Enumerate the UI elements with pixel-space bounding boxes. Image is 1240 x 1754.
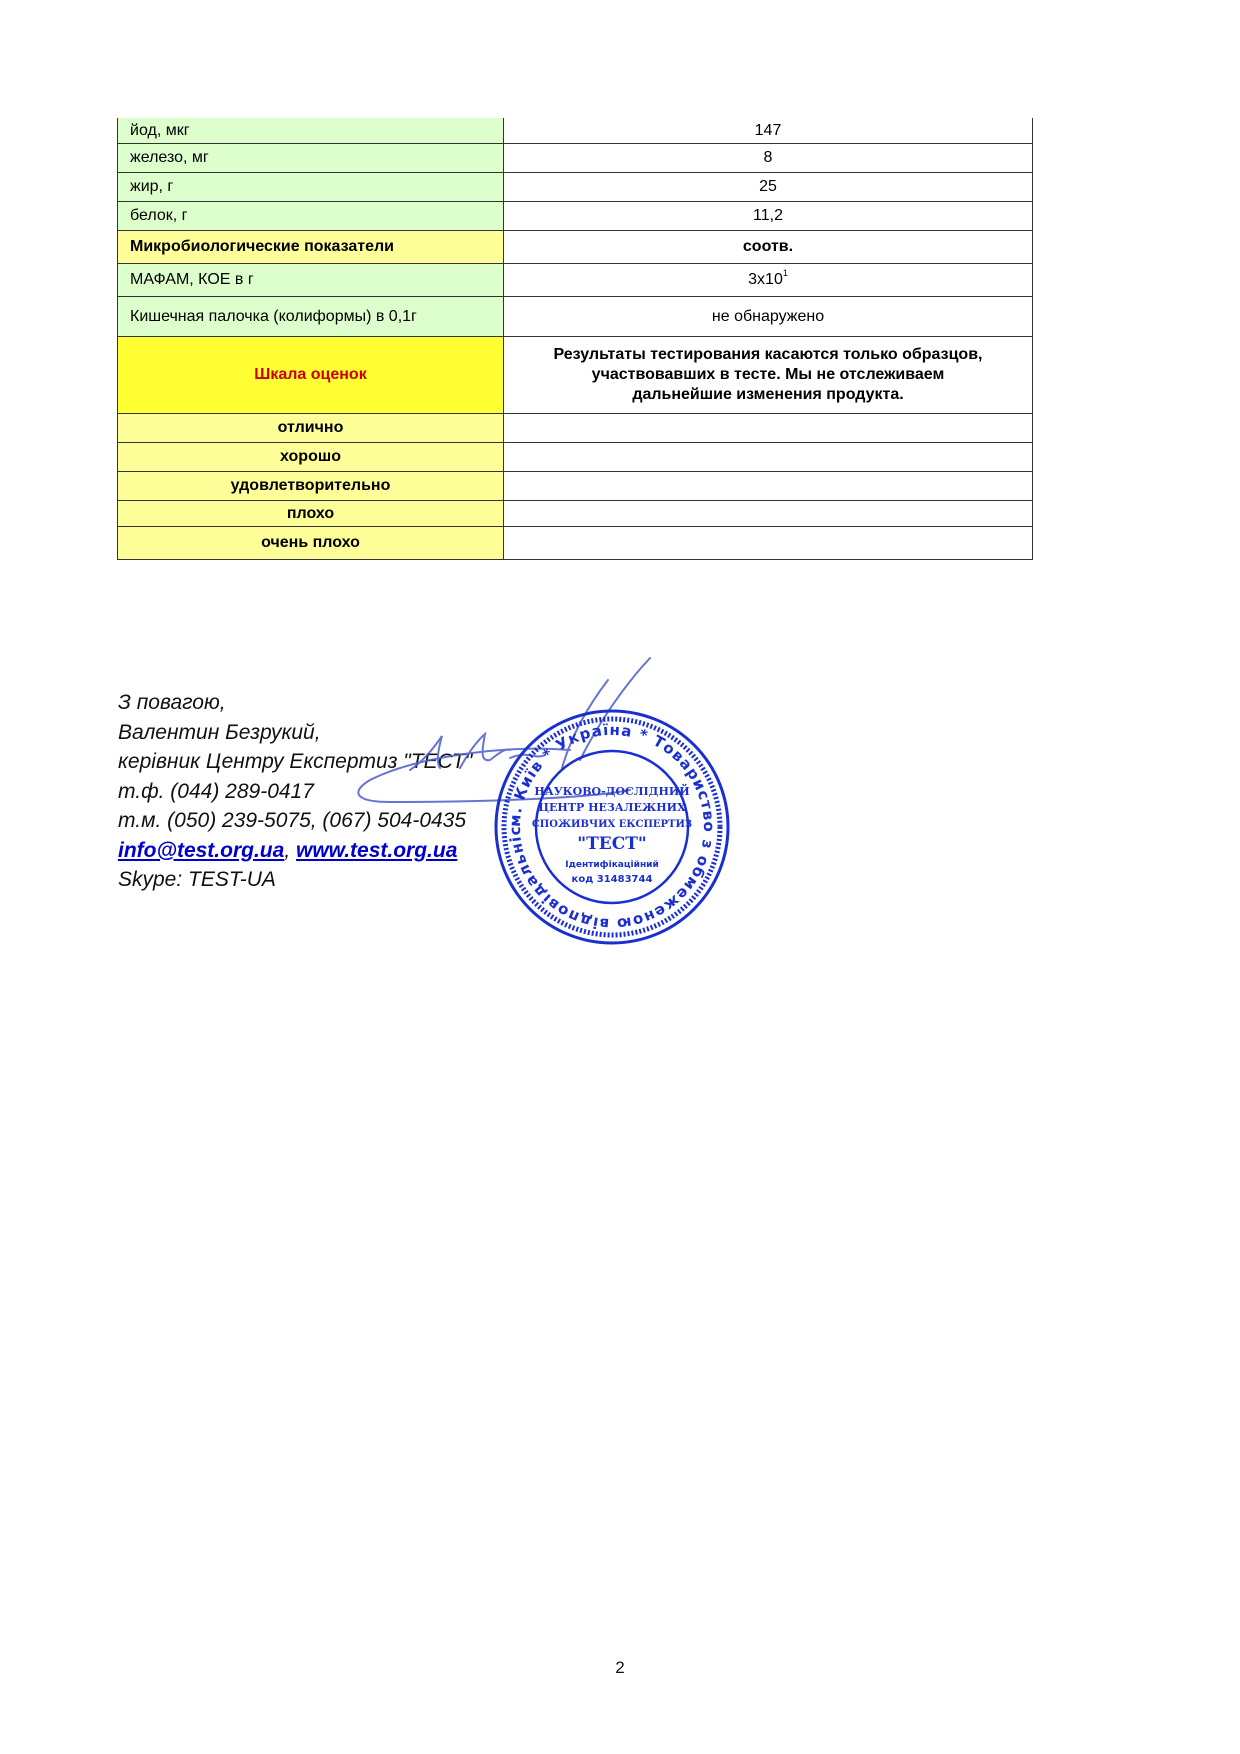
signature-block: З повагою, Валентин Безрукий, керівник Ц… bbox=[118, 688, 472, 895]
value-exponent: 1 bbox=[783, 268, 788, 278]
scale-header-row: Шкала оценок Результаты тестирования кас… bbox=[118, 337, 1033, 414]
grade-value bbox=[504, 472, 1033, 501]
grade-row: удовлетворительно bbox=[118, 472, 1033, 501]
contact-links: info@test.org.ua, www.test.org.ua bbox=[118, 836, 472, 866]
signer-position: керівник Центру Експертиз "ТЕСТ" bbox=[118, 747, 472, 777]
grade-label: удовлетворительно bbox=[118, 472, 504, 501]
organization-stamp-icon: м. Київ * Україна * Товариство з обмежен… bbox=[492, 707, 732, 947]
grade-label: хорошо bbox=[118, 443, 504, 472]
website-link[interactable]: www.test.org.ua bbox=[296, 839, 457, 862]
grade-row: хорошо bbox=[118, 443, 1033, 472]
grade-value bbox=[504, 501, 1033, 527]
stamp-line: Ідентифікаційний bbox=[565, 859, 659, 870]
row-value: 11,2 bbox=[504, 202, 1033, 231]
row-value: 8 bbox=[504, 144, 1033, 173]
row-label: йод, мкг bbox=[118, 118, 504, 144]
grade-row: плохо bbox=[118, 501, 1033, 527]
mobile-phones: т.м. (050) 239-5075, (067) 504-0435 bbox=[118, 806, 472, 836]
row-value: 147 bbox=[504, 118, 1033, 144]
table-row: жир, г 25 bbox=[118, 173, 1033, 202]
office-phone: т.ф. (044) 289-0417 bbox=[118, 777, 472, 807]
row-value: 3x101 bbox=[504, 264, 1033, 297]
disclaimer-line: дальнейшие изменения продукта. bbox=[524, 385, 1012, 405]
grade-value bbox=[504, 527, 1033, 560]
scale-label: Шкала оценок bbox=[118, 337, 504, 414]
stamp-line: ЦЕНТР НЕЗАЛЕЖНИХ bbox=[538, 801, 686, 814]
value-base: 3x10 bbox=[748, 271, 783, 288]
row-label: Кишечная палочка (колиформы) в 0,1г bbox=[118, 297, 504, 337]
disclaimer-line: участвовавших в тесте. Мы не отслеживаем bbox=[524, 365, 1012, 385]
grade-label: отлично bbox=[118, 414, 504, 443]
section-label: Микробиологические показатели bbox=[118, 231, 504, 264]
link-separator: , bbox=[284, 839, 296, 862]
disclaimer-line: Результаты тестирования касаются только … bbox=[524, 345, 1012, 365]
row-value: 25 bbox=[504, 173, 1033, 202]
row-label: жир, г bbox=[118, 173, 504, 202]
grade-label: очень плохо bbox=[118, 527, 504, 560]
row-label: МАФАМ, КОЕ в г bbox=[118, 264, 504, 297]
table-row: железо, мг 8 bbox=[118, 144, 1033, 173]
signer-name: Валентин Безрукий, bbox=[118, 718, 472, 748]
test-results-table: йод, мкг 147 железо, мг 8 жир, г 25 бело… bbox=[117, 118, 1033, 560]
stamp-line: НАУКОВО-ДОСЛІДНИЙ bbox=[534, 783, 689, 798]
table-row: МАФАМ, КОЕ в г 3x101 bbox=[118, 264, 1033, 297]
stamp-line: СПОЖИВЧИХ ЕКСПЕРТИЗ bbox=[532, 819, 692, 830]
section-value: соотв. bbox=[504, 231, 1033, 264]
row-value: не обнаружено bbox=[504, 297, 1033, 337]
section-header-row: Микробиологические показатели соотв. bbox=[118, 231, 1033, 264]
row-label: железо, мг bbox=[118, 144, 504, 173]
skype-contact: Skype: TEST-UA bbox=[118, 865, 472, 895]
grade-label: плохо bbox=[118, 501, 504, 527]
row-label: белок, г bbox=[118, 202, 504, 231]
stamp-line: код 31483744 bbox=[572, 874, 653, 885]
stamp-line: "ТЕСТ" bbox=[577, 834, 647, 854]
disclaimer-note: Результаты тестирования касаются только … bbox=[504, 337, 1033, 414]
table-row: йод, мкг 147 bbox=[118, 118, 1033, 144]
grade-row: очень плохо bbox=[118, 527, 1033, 560]
email-link[interactable]: info@test.org.ua bbox=[118, 839, 284, 862]
grade-value bbox=[504, 414, 1033, 443]
grade-row: отлично bbox=[118, 414, 1033, 443]
page-number: 2 bbox=[0, 1658, 1240, 1678]
table-row: белок, г 11,2 bbox=[118, 202, 1033, 231]
grade-value bbox=[504, 443, 1033, 472]
table-row: Кишечная палочка (колиформы) в 0,1г не о… bbox=[118, 297, 1033, 337]
greeting: З повагою, bbox=[118, 688, 472, 718]
